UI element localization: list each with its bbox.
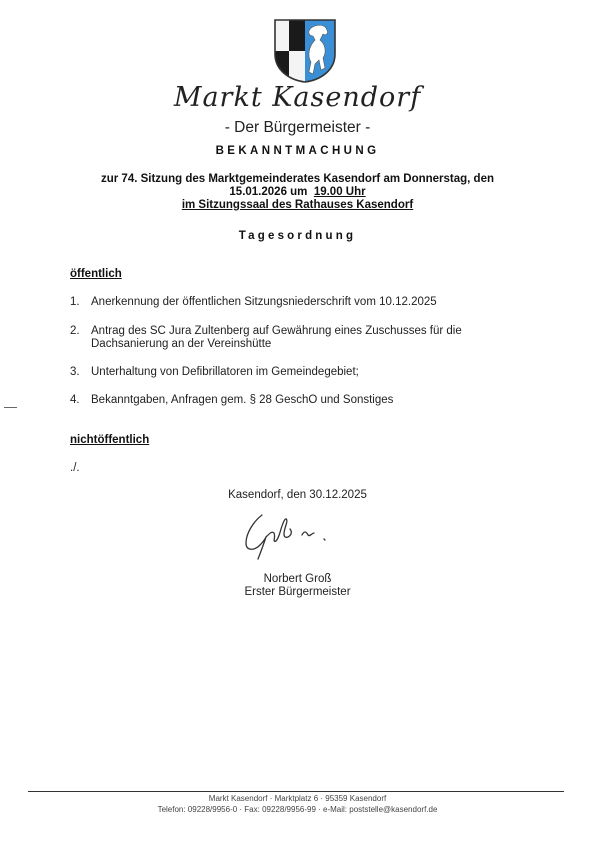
public-section-heading: öffentlich (70, 268, 122, 280)
signer-name: Norbert Groß (0, 573, 595, 586)
mayor-office-subtitle: - Der Bürgermeister - (0, 119, 595, 137)
agenda-item: 2. Antrag des SC Jura Zultenberg auf Gew… (70, 325, 540, 351)
agenda-title: Tagesordnung (0, 230, 595, 242)
nonpublic-section-heading: nichtöffentlich (70, 434, 149, 446)
municipality-name: Markt Kasendorf (0, 82, 595, 113)
signer-title: Erster Bürgermeister (0, 586, 595, 599)
agenda-item: 1. Anerkennung der öffentlichen Sitzungs… (70, 296, 540, 309)
nonpublic-none: ./. (70, 462, 80, 474)
meeting-location: im Sitzungssaal des Rathauses Kasendorf (0, 199, 595, 212)
footer-contact: Telefon: 09228/9956-0 · Fax: 09228/9956-… (0, 805, 595, 816)
agenda-item-number: 3. (70, 366, 91, 379)
footer-divider (28, 791, 564, 792)
agenda-item: 4. Bekanntgaben, Anfragen gem. § 28 Gesc… (70, 394, 540, 407)
agenda-item-number: 1. (70, 296, 91, 309)
footer: Markt Kasendorf · Marktplatz 6 · 95359 K… (0, 794, 595, 815)
announcement-heading: BEKANNTMACHUNG (0, 145, 595, 157)
agenda-item-text: Anerkennung der öffentlichen Sitzungsnie… (91, 296, 540, 309)
agenda-item-number: 4. (70, 394, 91, 407)
signature-icon (232, 507, 352, 567)
meeting-date-time: 15.01.2026 um 19.00 Uhr (0, 186, 595, 199)
agenda-item-text: Bekanntgaben, Anfragen gem. § 28 GeschO … (91, 394, 540, 407)
footer-address: Markt Kasendorf · Marktplatz 6 · 95359 K… (0, 794, 595, 805)
coat-of-arms-icon (273, 18, 337, 84)
punch-mark (4, 407, 17, 408)
signer-block: Norbert Groß Erster Bürgermeister (0, 573, 595, 599)
meeting-line: zur 74. Sitzung des Marktgemeinderates K… (0, 173, 595, 186)
agenda-item-text: Unterhaltung von Defibrillatoren im Geme… (91, 366, 540, 379)
meeting-time: 19.00 Uhr (314, 186, 366, 198)
agenda-item-text: Antrag des SC Jura Zultenberg auf Gewähr… (91, 325, 540, 351)
agenda-item-number: 2. (70, 325, 91, 351)
meeting-info: zur 74. Sitzung des Marktgemeinderates K… (0, 173, 595, 212)
meeting-date: 15.01.2026 um (229, 186, 307, 198)
agenda-item: 3. Unterhaltung von Defibrillatoren im G… (70, 366, 540, 379)
place-date: Kasendorf, den 30.12.2025 (0, 489, 595, 501)
